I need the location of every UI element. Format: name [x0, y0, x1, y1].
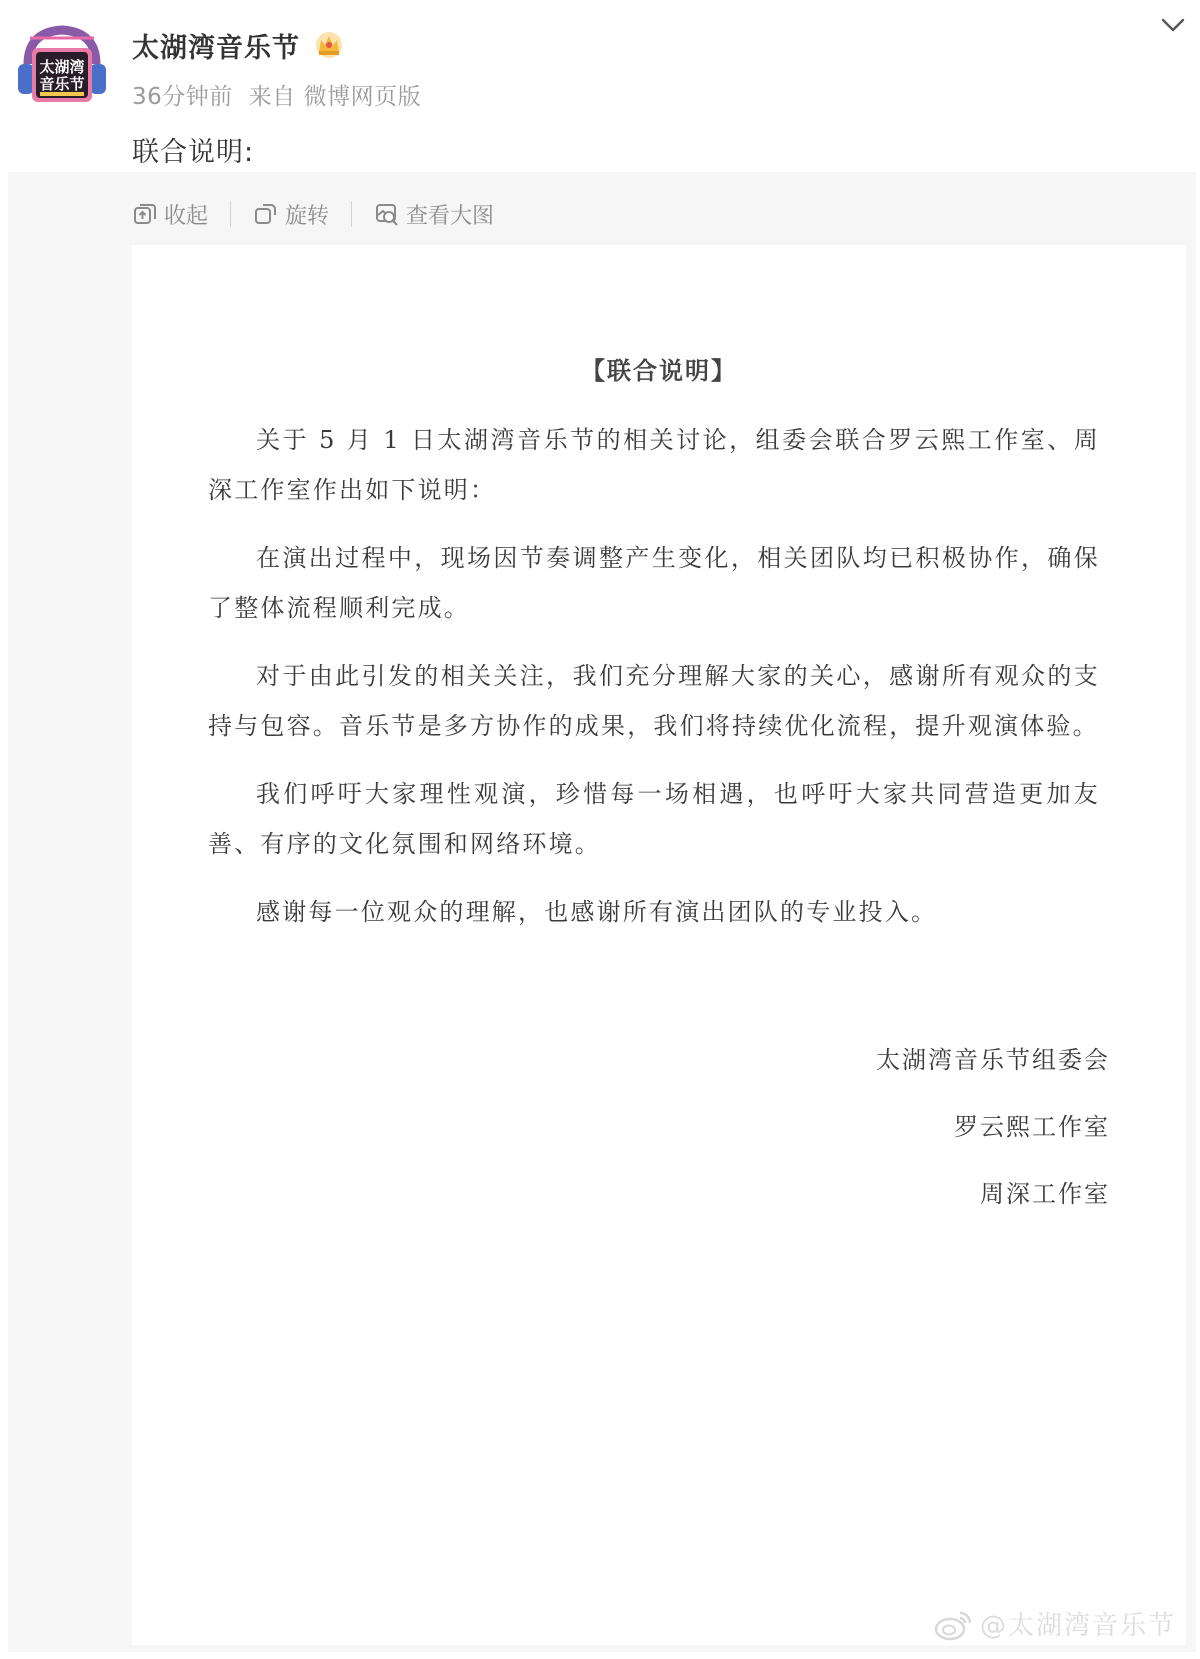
signature-studio-2: 周深工作室	[876, 1174, 1110, 1241]
weibo-watermark: @太湖湾音乐节	[934, 1605, 1176, 1642]
post-time[interactable]: 36分钟前	[132, 84, 233, 110]
weibo-logo-icon	[934, 1607, 974, 1641]
rotate-button[interactable]: 旋转	[253, 199, 329, 230]
signatures: 太湖湾音乐节组委会 罗云熙工作室 周深工作室	[876, 1040, 1110, 1241]
statement-body: 关于 5 月 1 日太湖湾音乐节的相关讨论，组委会联合罗云熙工作室、周深工作室作…	[208, 415, 1100, 955]
avatar[interactable]: 太湖湾 音乐节	[14, 20, 110, 116]
rotate-label: 旋转	[285, 199, 329, 230]
festival-logo-icon: 太湖湾 音乐节	[14, 20, 110, 116]
svg-text:太湖湾: 太湖湾	[39, 58, 84, 76]
statement-paragraph: 我们呼吁大家理性观演，珍惜每一场相遇，也呼吁大家共同营造更加友善、有序的文化氛围…	[208, 769, 1100, 869]
post-meta: 36分钟前 来自微博网页版	[132, 78, 429, 111]
statement-paragraph: 对于由此引发的相关关注，我们充分理解大家的关心，感谢所有观众的支持与包容。音乐节…	[208, 651, 1100, 751]
statement-image[interactable]: 【联合说明】 关于 5 月 1 日太湖湾音乐节的相关讨论，组委会联合罗云熙工作室…	[132, 245, 1186, 1645]
username[interactable]: 太湖湾音乐节	[132, 26, 300, 65]
toolbar-divider	[230, 201, 231, 227]
view-large-image-icon	[374, 201, 400, 227]
statement-title: 【联合说明】	[132, 351, 1186, 386]
collapse-label: 收起	[164, 199, 208, 230]
signature-studio-1: 罗云熙工作室	[876, 1107, 1110, 1174]
collapse-button[interactable]: 收起	[132, 199, 208, 230]
post-text: 联合说明:	[132, 130, 254, 169]
statement-paragraph: 感谢每一位观众的理解，也感谢所有演出团队的专业投入。	[208, 887, 1100, 937]
source-prefix: 来自	[249, 84, 296, 110]
post-source: 微博网页版	[304, 84, 422, 110]
signature-organizer: 太湖湾音乐节组委会	[876, 1040, 1110, 1107]
view-large-button[interactable]: 查看大图	[374, 199, 494, 230]
svg-text:音乐节: 音乐节	[39, 75, 84, 93]
image-toolbar: 收起 旋转 查看大图	[132, 196, 494, 232]
rotate-icon	[253, 201, 279, 227]
watermark-text: @太湖湾音乐节	[980, 1605, 1176, 1642]
crown-badge-icon	[314, 30, 344, 58]
chevron-down-icon[interactable]	[1158, 14, 1188, 36]
collapse-icon	[132, 201, 158, 227]
toolbar-divider	[351, 201, 352, 227]
view-large-label: 查看大图	[406, 199, 494, 230]
statement-paragraph: 关于 5 月 1 日太湖湾音乐节的相关讨论，组委会联合罗云熙工作室、周深工作室作…	[208, 415, 1100, 515]
statement-paragraph: 在演出过程中，现场因节奏调整产生变化，相关团队均已积极协作，确保了整体流程顺利完…	[208, 533, 1100, 633]
